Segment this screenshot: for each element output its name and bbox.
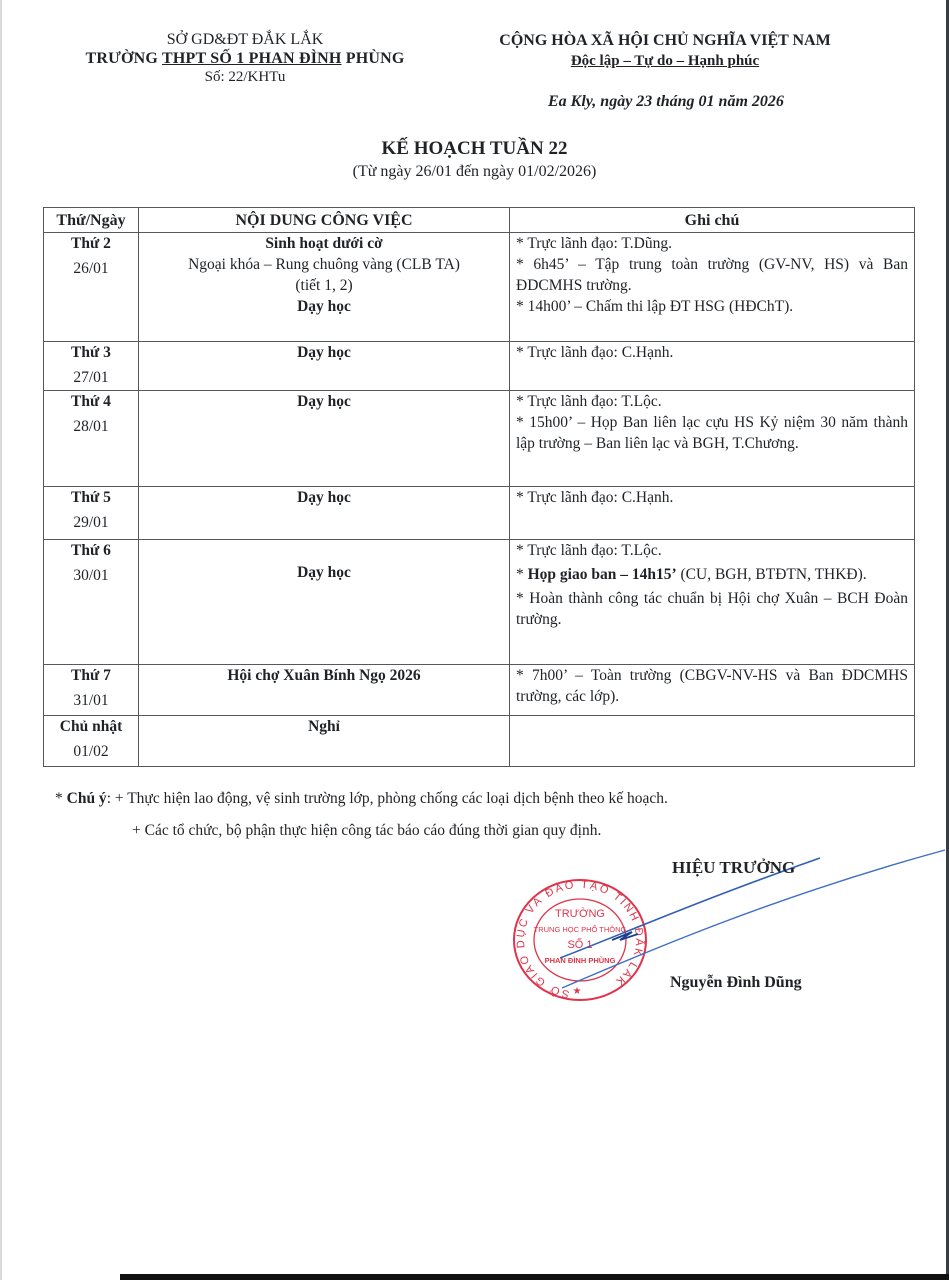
note-asterisk: * [55,790,67,807]
day-name: Thứ 2 [50,233,132,254]
header-notes: Ghi chú [510,208,915,233]
note-line: * Trực lãnh đạo: C.Hạnh. [516,487,908,508]
scan-edge-left [0,0,2,1280]
header-right: CỘNG HÒA XÃ HỘI CHỦ NGHĨA VIỆT NAM Độc l… [455,30,875,72]
day-date: 01/02 [50,741,132,762]
note-prefix: * [516,566,528,583]
day-cell: Thứ 2 26/01 [44,233,139,342]
work-cell: Dạy học [139,391,510,487]
note-bold: Họp giao ban – 14h15’ [528,566,677,583]
day-name: Thứ 3 [50,342,132,363]
day-cell: Chủ nhật 01/02 [44,716,139,767]
note-line: * Trực lãnh đạo: C.Hạnh. [516,342,908,363]
work-cell: Sinh hoạt dưới cờ Ngoại khóa – Rung chuô… [139,233,510,342]
work-main: Nghỉ [145,716,503,737]
work-cell: Hội chợ Xuân Bính Ngọ 2026 [139,665,510,716]
work-main: Dạy học [145,391,503,412]
day-cell: Thứ 6 30/01 [44,540,139,665]
agency-name: SỞ GD&ĐT ĐẮK LẮK [40,30,450,49]
notes-cell: * Trực lãnh đạo: C.Hạnh. [510,342,915,391]
work-cell: Dạy học [139,487,510,540]
day-date: 31/01 [50,690,132,711]
document-subtitle: (Từ ngày 26/01 đến ngày 01/02/2026) [0,163,949,181]
note-line: * 15h00’ – Họp Ban liên lạc cựu HS Kỷ ni… [516,412,908,454]
table-row: Thứ 5 29/01 Dạy học * Trực lãnh đạo: C.H… [44,487,915,540]
note-line: * Hoàn thành công tác chuẩn bị Hội chợ X… [516,588,908,630]
scan-edge-bottom [120,1274,949,1280]
notes-cell [510,716,915,767]
day-name: Thứ 4 [50,391,132,412]
work-cell: Nghỉ [139,716,510,767]
footer-note-2: + Các tổ chức, bộ phận thực hiện công tá… [132,822,601,840]
footer-note-1: * Chú ý: + Thực hiện lao động, vệ sinh t… [55,789,668,809]
table-row: Chủ nhật 01/02 Nghỉ [44,716,915,767]
note-rest: (CU, BGH, BTĐTN, THKĐ). [677,566,867,583]
day-name: Thứ 5 [50,487,132,508]
note-line: * 7h00’ – Toàn trường (CBGV-NV-HS và Ban… [516,665,908,707]
table-row: Thứ 3 27/01 Dạy học * Trực lãnh đạo: C.H… [44,342,915,391]
note-label: Chú ý [67,790,107,807]
signatory-name: Nguyễn Đình Dũng [670,974,802,992]
school-prefix: TRƯỜNG [85,50,162,67]
work-cell: Dạy học [139,342,510,391]
table-row: Thứ 2 26/01 Sinh hoạt dưới cờ Ngoại khóa… [44,233,915,342]
note-line: * 6h45’ – Tập trung toàn trường (GV-NV, … [516,254,908,296]
work-cell: Dạy học [139,540,510,665]
note-line: * Trực lãnh đạo: T.Lộc. [516,540,908,561]
header-day: Thứ/Ngày [44,208,139,233]
day-cell: Thứ 7 31/01 [44,665,139,716]
note-line: * Trực lãnh đạo: T.Lộc. [516,391,908,412]
motto: Độc lập – Tự do – Hạnh phúc [455,51,875,72]
day-cell: Thứ 3 27/01 [44,342,139,391]
table-header-row: Thứ/Ngày NỘI DUNG CÔNG VIỆC Ghi chú [44,208,915,233]
header-left: SỞ GD&ĐT ĐẮK LẮK TRƯỜNG THPT SỐ 1 PHAN Đ… [40,30,450,87]
work-main: Dạy học [145,562,503,583]
notes-cell: * Trực lãnh đạo: C.Hạnh. [510,487,915,540]
notes-cell: * Trực lãnh đạo: T.Lộc. * Họp giao ban –… [510,540,915,665]
day-cell: Thứ 4 28/01 [44,391,139,487]
work-extra: (tiết 1, 2) [145,275,503,296]
document-number: Số: 22/KHTu [40,68,450,87]
note-line-meeting: * Họp giao ban – 14h15’ (CU, BGH, BTĐTN,… [516,564,908,585]
work-main: Dạy học [145,296,503,317]
document-title: KẾ HOẠCH TUẦN 22 [0,138,949,160]
table-row: Thứ 4 28/01 Dạy học * Trực lãnh đạo: T.L… [44,391,915,487]
place-date: Ea Kly, ngày 23 tháng 01 năm 2026 [548,93,784,111]
school-underlined: THPT SỐ 1 PHAN ĐÌNH [162,50,342,67]
work-main: Dạy học [145,487,503,508]
document-page: SỞ GD&ĐT ĐẮK LẮK TRƯỜNG THPT SỐ 1 PHAN Đ… [0,0,949,1280]
day-date: 27/01 [50,367,132,388]
day-name: Thứ 6 [50,540,132,561]
weekly-plan-table: Thứ/Ngày NỘI DUNG CÔNG VIỆC Ghi chú Thứ … [43,207,915,767]
work-title: Sinh hoạt dưới cờ [145,233,503,254]
nation-title: CỘNG HÒA XÃ HỘI CHỦ NGHĨA VIỆT NAM [455,30,875,51]
table-row: Thứ 6 30/01 Dạy học * Trực lãnh đạo: T.L… [44,540,915,665]
note-line: * Trực lãnh đạo: T.Dũng. [516,233,908,254]
day-name: Thứ 7 [50,665,132,686]
notes-cell: * Trực lãnh đạo: T.Lộc. * 15h00’ – Họp B… [510,391,915,487]
day-date: 30/01 [50,565,132,586]
header-work: NỘI DUNG CÔNG VIỆC [139,208,510,233]
notes-cell: * 7h00’ – Toàn trường (CBGV-NV-HS và Ban… [510,665,915,716]
day-cell: Thứ 5 29/01 [44,487,139,540]
school-suffix: PHÙNG [342,50,405,67]
day-date: 26/01 [50,258,132,279]
signatory-title: HIỆU TRƯỞNG [672,858,795,878]
day-date: 29/01 [50,512,132,533]
work-extra: Ngoại khóa – Rung chuông vàng (CLB TA) [145,254,503,275]
notes-cell: * Trực lãnh đạo: T.Dũng. * 6h45’ – Tập t… [510,233,915,342]
note-text: : + Thực hiện lao động, vệ sinh trường l… [107,790,668,807]
work-main: Dạy học [145,342,503,363]
school-name: TRƯỜNG THPT SỐ 1 PHAN ĐÌNH PHÙNG [40,49,450,68]
work-main: Hội chợ Xuân Bính Ngọ 2026 [145,665,503,686]
table-row: Thứ 7 31/01 Hội chợ Xuân Bính Ngọ 2026 *… [44,665,915,716]
day-name: Chủ nhật [50,716,132,737]
note-line: * 14h00’ – Chấm thi lập ĐT HSG (HĐChT). [516,296,908,317]
day-date: 28/01 [50,416,132,437]
